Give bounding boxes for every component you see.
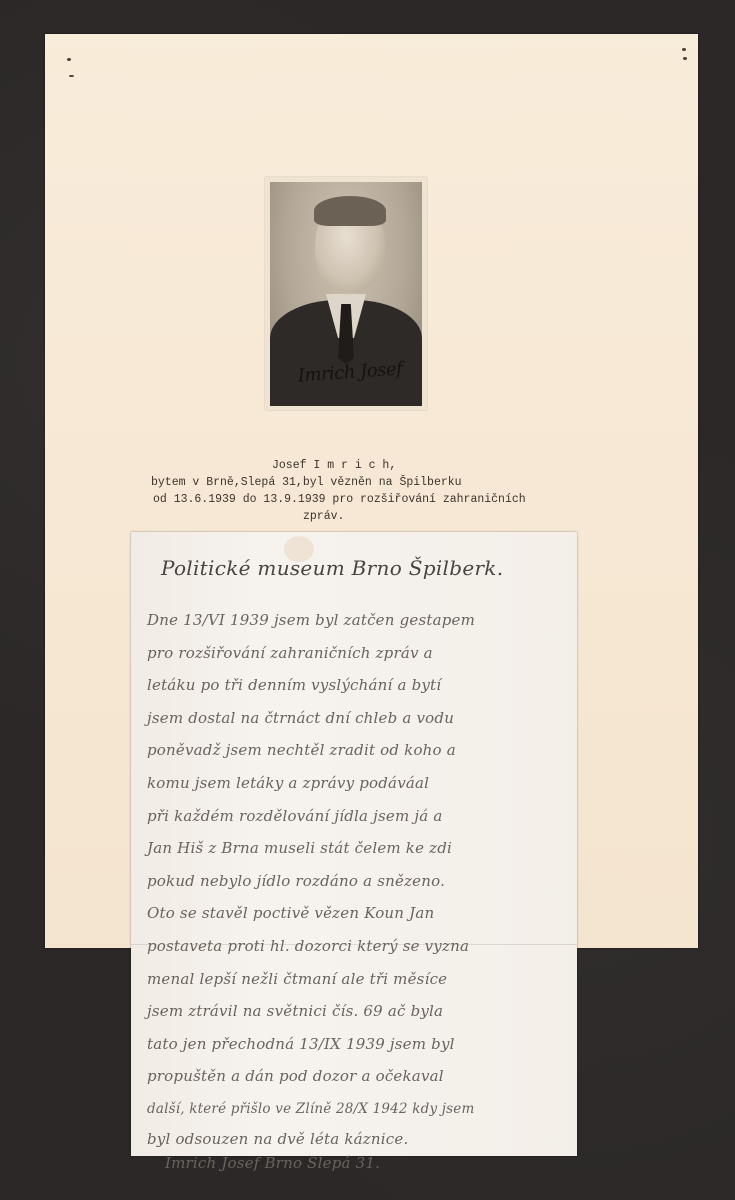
letter-signature: Imrich Josef Brno Slepá 31. xyxy=(147,1152,572,1178)
caption-name: Josef I m r i c h, xyxy=(272,457,396,474)
corner-mark xyxy=(67,58,71,61)
caption-line: od 13.6.1939 do 13.9.1939 pro rozšiřován… xyxy=(153,491,526,508)
corner-mark xyxy=(69,75,74,77)
letter-line: propuštěn a dán pod dozor a očekaval xyxy=(147,1060,572,1093)
caption-line: zpráv. xyxy=(303,508,344,525)
letter-line: poněvadž jsem nechtěl zradit od koho a xyxy=(147,734,572,767)
letter-heading: Politické museum Brno Špilberk. xyxy=(161,556,571,580)
letter-line: pro rozšiřování zahraničních zpráv a xyxy=(147,637,572,670)
letter-line: komu jsem letáky a zprávy podáváal xyxy=(147,767,572,800)
portrait-photo: Imrich Josef xyxy=(265,177,427,410)
letter-line: Oto se stavěl poctivě vězen Koun Jan xyxy=(147,897,572,930)
letter-body: Dne 13/VI 1939 jsem byl zatčen gestapem … xyxy=(147,604,572,1178)
letter-line: další, které přišlo ve Zlíně 28/X 1942 k… xyxy=(147,1093,572,1126)
corner-mark xyxy=(683,57,687,60)
corner-mark xyxy=(682,48,686,51)
letter-line: letáku po tři denním vyslýchání a bytí xyxy=(147,669,572,702)
portrait-image: Imrich Josef xyxy=(270,182,422,406)
letter-line: jsem ztrávil na světnici čís. 69 ač byla xyxy=(147,995,572,1028)
portrait-hair xyxy=(314,196,386,226)
letter-line: menal lepší nežli čtmaní ale tři měsíce xyxy=(147,963,572,996)
letter-line: pokud nebylo jídlo rozdáno a snězeno. xyxy=(147,865,572,898)
letter-line: byl odsouzen na dvě léta káznice. xyxy=(147,1126,572,1152)
letter-line: jsem dostal na čtrnáct dní chleb a vodu xyxy=(147,702,572,735)
caption-line: bytem v Brně,Slepá 31,byl vězněn na Špil… xyxy=(151,474,462,491)
letter-line: Dne 13/VI 1939 jsem byl zatčen gestapem xyxy=(147,604,572,637)
letter-line: při každém rozdělování jídla jsem já a xyxy=(147,800,572,833)
letter-line: Jan Hiš z Brna museli stát čelem ke zdi xyxy=(147,832,572,865)
letter-line: tato jen přechodná 13/IX 1939 jsem byl xyxy=(147,1028,572,1061)
letter-line: postaveta proti hl. dozorci který se vyz… xyxy=(147,930,572,963)
handwritten-letter: Politické museum Brno Špilberk. Dne 13/V… xyxy=(131,532,577,1156)
